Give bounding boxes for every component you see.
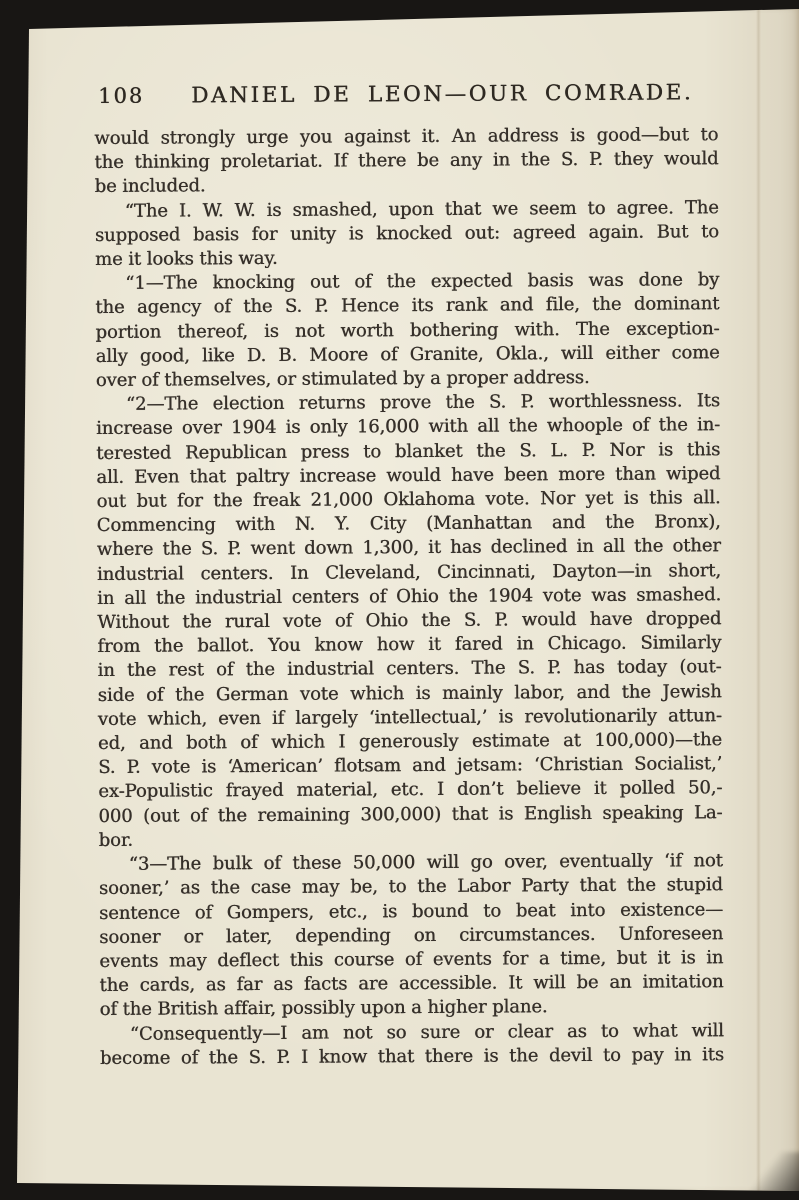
page-number: 108 xyxy=(98,84,144,108)
text-line: industrial centers. In Cleveland, Cincin… xyxy=(97,559,721,587)
text-line: “The I. W. W. is smashed, upon that we s… xyxy=(95,196,719,224)
paragraph: “The I. W. W. is smashed, upon that we s… xyxy=(95,196,719,272)
paragraph: “Consequently—I am not so sure or clear … xyxy=(100,1019,724,1071)
text-line: portion thereof, is not worth bothering … xyxy=(95,317,719,345)
text-line: sooner,’ as the case may be, to the Labo… xyxy=(99,873,723,901)
paragraph: “1—The knocking out of the expected basi… xyxy=(95,268,720,393)
text-line: “Consequently—I am not so sure or clear … xyxy=(100,1019,724,1047)
text-line: the cards, as far as facts are accessibl… xyxy=(99,970,723,998)
text-line: side of the German vote which is mainly … xyxy=(98,680,722,708)
text-line: ally good, like D. B. Moore of Granite, … xyxy=(96,341,720,369)
page-header: 108 DANIEL DE LEON—OUR COMRADE. xyxy=(94,80,718,109)
text-line: sooner or later, depending on circumstan… xyxy=(99,922,723,950)
scan-background: 108 DANIEL DE LEON—OUR COMRADE. would st… xyxy=(0,0,799,1200)
corner-shadow xyxy=(727,1152,799,1198)
text-line: in the rest of the industrial centers. T… xyxy=(98,656,722,684)
page-text: would strongly urge you against it. An a… xyxy=(94,123,724,1071)
text-line: become of the S. P. I know that there is… xyxy=(100,1043,724,1071)
paragraph: would strongly urge you against it. An a… xyxy=(94,123,718,199)
text-line: 000 (out of the remaining 300,000) that … xyxy=(98,801,722,829)
paragraph: “2—The election returns prove the S. P. … xyxy=(96,389,723,853)
book-page: 108 DANIEL DE LEON—OUR COMRADE. would st… xyxy=(0,0,799,1200)
text-line: sentence of Gompers, etc., is bound to b… xyxy=(99,898,723,926)
text-line: the agency of the S. P. Hence its rank a… xyxy=(95,293,719,321)
text-line: ex-Populistic frayed material, etc. I do… xyxy=(98,777,722,805)
text-line: the thinking proletariat. If there be an… xyxy=(94,147,718,175)
text-line: terested Republican press to blanket the… xyxy=(96,438,720,466)
printed-area: 108 DANIEL DE LEON—OUR COMRADE. would st… xyxy=(94,80,724,1071)
text-line: supposed basis for unity is knocked out:… xyxy=(95,220,719,248)
paragraph: “3—The bulk of these 50,000 will go over… xyxy=(99,849,724,1022)
running-title: DANIEL DE LEON—OUR COMRADE. xyxy=(191,81,693,108)
text-line: where the S. P. went down 1,300, it has … xyxy=(97,535,721,563)
text-line: increase over 1904 is only 16,000 with a… xyxy=(96,414,720,442)
page-crease xyxy=(756,0,761,1200)
